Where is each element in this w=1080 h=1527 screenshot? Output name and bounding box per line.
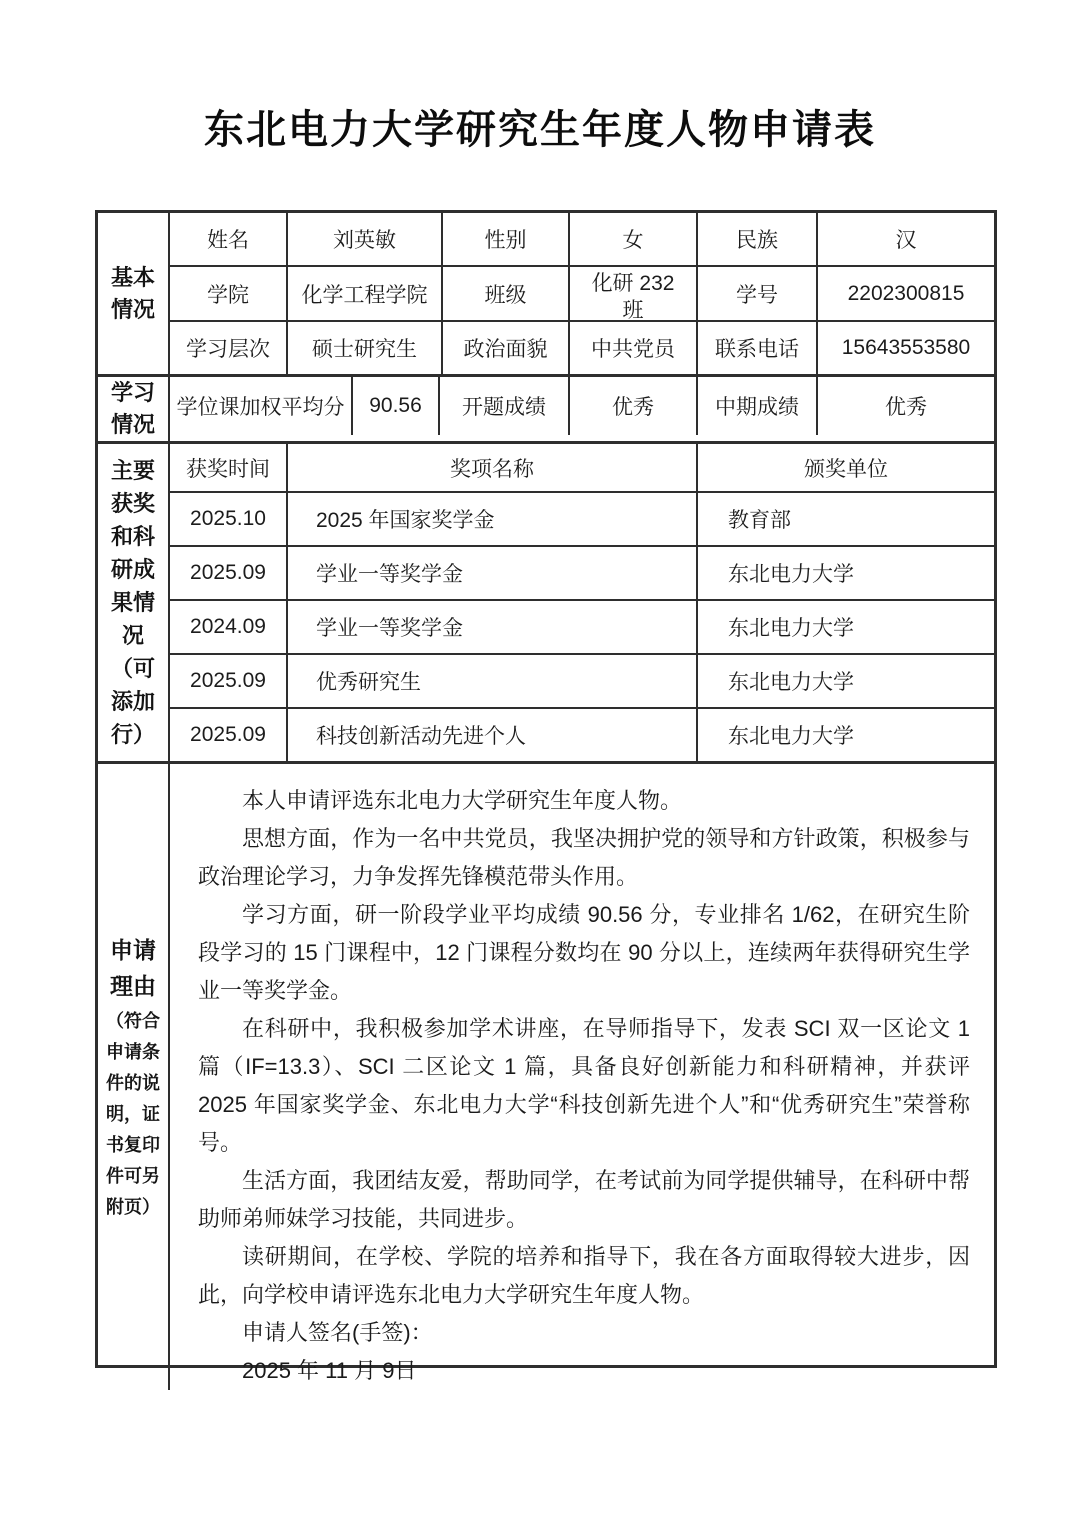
page-title: 东北电力大学研究生年度人物申请表 [0, 98, 1080, 155]
award-time: 2024.09 [170, 601, 286, 653]
phone-value: 15643553580 [816, 322, 994, 374]
student-id-label: 学号 [696, 267, 816, 320]
reason-paragraph: 学习方面，研一阶段学业平均成绩 90.56 分，专业排名 1/62，在研究生阶段… [198, 896, 970, 1010]
education-level-value: 硕士研究生 [286, 322, 441, 374]
award-org: 东北电力大学 [696, 655, 994, 707]
reason-paragraph: 读研期间，在学校、学院的培养和指导下，我在各方面取得较大进步，因此，向学校申请评… [198, 1238, 970, 1314]
education-level-label: 学习层次 [170, 322, 286, 374]
section-awards: 主要 获奖 和科 研成 果情 况 （可 添加 行） 获奖时间 奖项名称 颁奖单位… [98, 441, 994, 761]
table-row: 姓名 刘英敏 性别 女 民族 汉 [170, 213, 994, 265]
application-form-table: 基本 情况 姓名 刘英敏 性别 女 民族 汉 学院 化学工程学院 班级 化研 2… [95, 210, 997, 1368]
award-name: 科技创新活动先进个人 [286, 709, 696, 761]
award-name: 学业一等奖学金 [286, 601, 696, 653]
reason-label-sub: （符合 申请条 件的说 明，证 书复印 件可另 附页） [106, 1006, 160, 1223]
reason-paragraph: 本人申请评选东北电力大学研究生年度人物。 [198, 782, 970, 820]
section-application-reason-label: 申请 理由 （符合 申请条 件的说 明，证 书复印 件可另 附页） [98, 764, 170, 1390]
award-row: 2025.10 2025 年国家奖学金 教育部 [170, 491, 994, 545]
political-status-label: 政治面貌 [441, 322, 568, 374]
reason-label-main: 申请 理由 [110, 932, 156, 1004]
award-time: 2025.10 [170, 493, 286, 545]
ethnicity-value: 汉 [816, 213, 994, 265]
midterm-score-label: 中期成绩 [696, 377, 816, 435]
reason-paragraph: 生活方面，我团结友爱，帮助同学，在考试前为同学提供辅导，在科研中帮助师弟师妹学习… [198, 1162, 970, 1238]
awards-content: 获奖时间 奖项名称 颁奖单位 2025.10 2025 年国家奖学金 教育部 2… [170, 444, 994, 761]
class-label: 班级 [441, 267, 568, 320]
award-org: 东北电力大学 [696, 547, 994, 599]
phone-label: 联系电话 [696, 322, 816, 374]
document-page: 东北电力大学研究生年度人物申请表 基本 情况 姓名 刘英敏 性别 女 民族 汉 … [0, 0, 1080, 1527]
gender-label: 性别 [441, 213, 568, 265]
award-row: 2025.09 优秀研究生 东北电力大学 [170, 653, 994, 707]
table-row: 学位课加权平均分 90.56 开题成绩 优秀 中期成绩 优秀 [170, 377, 994, 435]
basic-info-content: 姓名 刘英敏 性别 女 民族 汉 学院 化学工程学院 班级 化研 232 班 学… [170, 213, 994, 374]
college-label: 学院 [170, 267, 286, 320]
section-basic-info-label: 基本 情况 [98, 213, 170, 374]
award-time: 2025.09 [170, 709, 286, 761]
section-awards-label: 主要 获奖 和科 研成 果情 况 （可 添加 行） [98, 444, 170, 761]
reason-paragraph: 在科研中，我积极参加学术讲座，在导师指导下，发表 SCI 双一区论文 1 篇（I… [198, 1010, 970, 1162]
name-label: 姓名 [170, 213, 286, 265]
application-reason-text: 本人申请评选东北电力大学研究生年度人物。 思想方面，作为一名中共党员，我坚决拥护… [170, 764, 994, 1390]
section-study-info: 学习 情况 学位课加权平均分 90.56 开题成绩 优秀 中期成绩 优秀 [98, 374, 994, 441]
award-time-header: 获奖时间 [170, 444, 286, 491]
award-name: 学业一等奖学金 [286, 547, 696, 599]
proposal-score-value: 优秀 [568, 377, 696, 435]
study-info-content: 学位课加权平均分 90.56 开题成绩 优秀 中期成绩 优秀 [170, 377, 994, 441]
proposal-score-label: 开题成绩 [438, 377, 568, 435]
award-org-header: 颁奖单位 [696, 444, 994, 491]
gpa-label: 学位课加权平均分 [170, 377, 351, 435]
ethnicity-label: 民族 [696, 213, 816, 265]
section-study-info-label: 学习 情况 [98, 377, 170, 441]
award-time: 2025.09 [170, 655, 286, 707]
name-value: 刘英敏 [286, 213, 441, 265]
awards-header-row: 获奖时间 奖项名称 颁奖单位 [170, 444, 994, 491]
award-row: 2024.09 学业一等奖学金 东北电力大学 [170, 599, 994, 653]
award-row: 2025.09 科技创新活动先进个人 东北电力大学 [170, 707, 994, 761]
section-basic-info: 基本 情况 姓名 刘英敏 性别 女 民族 汉 学院 化学工程学院 班级 化研 2… [98, 213, 994, 374]
award-name-header: 奖项名称 [286, 444, 696, 491]
award-row: 2025.09 学业一等奖学金 东北电力大学 [170, 545, 994, 599]
award-org: 教育部 [696, 493, 994, 545]
midterm-score-value: 优秀 [816, 377, 994, 435]
student-id-value: 2202300815 [816, 267, 994, 320]
applicant-signature-label: 申请人签名(手签)： [198, 1314, 970, 1352]
reason-paragraph: 思想方面，作为一名中共党员，我坚决拥护党的领导和方针政策，积极参与政治理论学习，… [198, 820, 970, 896]
table-row: 学习层次 硕士研究生 政治面貌 中共党员 联系电话 15643553580 [170, 320, 994, 374]
award-org: 东北电力大学 [696, 601, 994, 653]
section-application-reason: 申请 理由 （符合 申请条 件的说 明，证 书复印 件可另 附页） 本人申请评选… [98, 761, 994, 1390]
class-value: 化研 232 班 [568, 267, 696, 320]
award-time: 2025.09 [170, 547, 286, 599]
gender-value: 女 [568, 213, 696, 265]
application-date: 2025 年 11 月 9日 [198, 1352, 970, 1390]
college-value: 化学工程学院 [286, 267, 441, 320]
award-org: 东北电力大学 [696, 709, 994, 761]
gpa-value: 90.56 [351, 377, 438, 435]
award-name: 优秀研究生 [286, 655, 696, 707]
award-name: 2025 年国家奖学金 [286, 493, 696, 545]
table-row: 学院 化学工程学院 班级 化研 232 班 学号 2202300815 [170, 265, 994, 320]
political-status-value: 中共党员 [568, 322, 696, 374]
